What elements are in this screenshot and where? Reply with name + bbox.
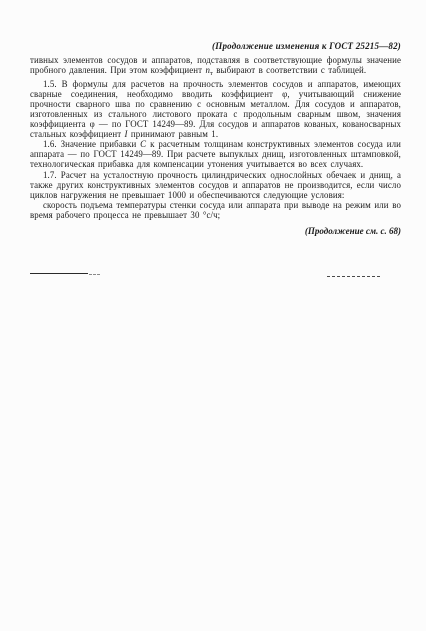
footnote-rule-left-tail (89, 274, 100, 275)
footnote-rule-right (327, 276, 380, 277)
footnote-rule-left (30, 273, 88, 274)
body-text: тивных элементов сосудов и аппаратов, по… (30, 55, 401, 220)
paragraph-1-7-text: 1.7. Расчет на усталостную прочность цил… (30, 170, 401, 200)
continuation-footer: (Продолжение см. с. 68) (30, 226, 401, 236)
page-content: (Продолжение изменения к ГОСТ 25215—82) … (30, 41, 401, 236)
paragraph-continuation-tail: выбирают в соответствии с таблицей. (213, 65, 366, 75)
paragraph-1-6-text: 1.6. Значение прибавки (43, 139, 140, 149)
paragraph-condition-text: скорость подъема температуры стенки сосу… (30, 200, 401, 220)
paragraph-continuation: тивных элементов сосудов и аппаратов, по… (30, 55, 401, 79)
document-page: (Продолжение изменения к ГОСТ 25215—82) … (0, 0, 426, 631)
paragraph-condition: скорость подъема температуры стенки сосу… (30, 200, 401, 220)
continuation-header: (Продолжение изменения к ГОСТ 25215—82) (30, 41, 401, 51)
paragraph-1-5: 1.5. В формулы для расчетов на прочность… (30, 79, 401, 139)
paragraph-1-6: 1.6. Значение прибавки С к расчетным тол… (30, 139, 401, 169)
paragraph-1-5-tail: принимают равным 1. (128, 129, 219, 139)
paragraph-1-7: 1.7. Расчет на усталостную прочность цил… (30, 170, 401, 200)
